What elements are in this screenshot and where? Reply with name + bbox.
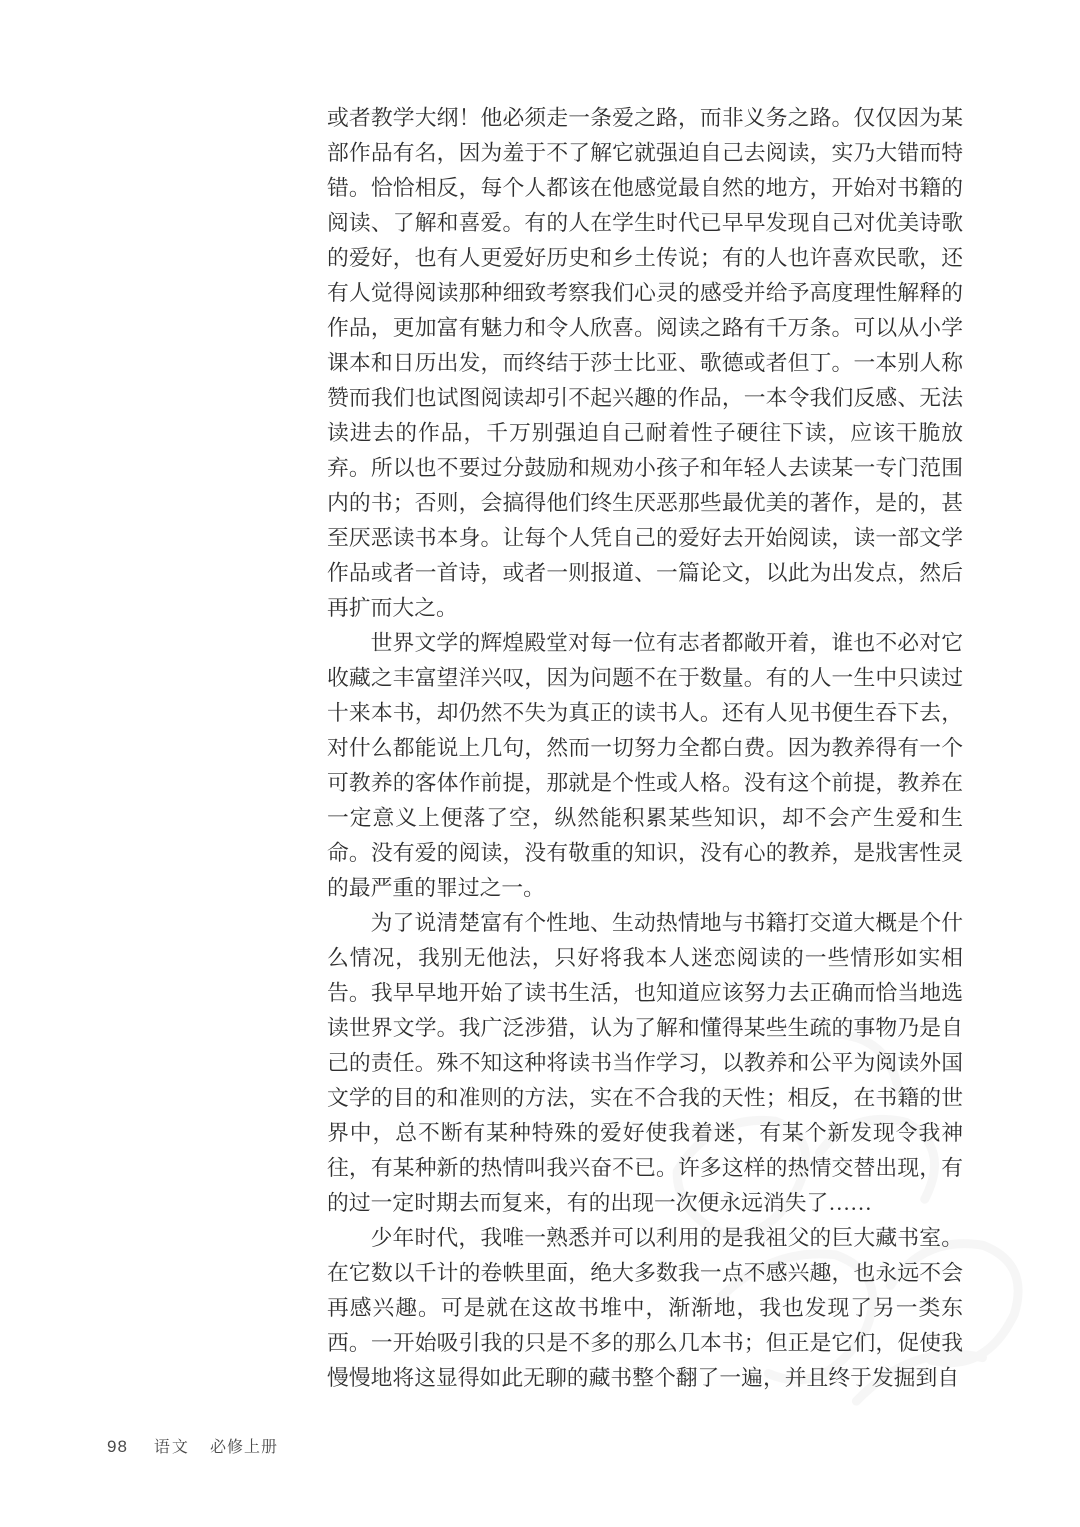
paragraph-grandfather-library: 少年时代，我唯一熟悉并可以利用的是我祖父的巨大藏书室。在它数以千计的卷帙里面，绝… bbox=[327, 1221, 963, 1396]
paragraph-personal-reading: 为了说清楚富有个性地、生动热情地与书籍打交道大概是个什么情况，我别无他法，只好将… bbox=[327, 906, 963, 1221]
textbook-page: 或者教学大纲！他必须走一条爱之路，而非义务之路。仅仅因为某部作品有名，因为羞于不… bbox=[0, 0, 1080, 1527]
body-text-column: 或者教学大纲！他必须走一条爱之路，而非义务之路。仅仅因为某部作品有名，因为羞于不… bbox=[327, 101, 963, 1396]
paragraph-world-literature: 世界文学的辉煌殿堂对每一位有志者都敞开着，谁也不必对它收藏之丰富望洋兴叹，因为问… bbox=[327, 626, 963, 906]
page-number: 98 bbox=[107, 1437, 128, 1457]
paragraph-continuation: 或者教学大纲！他必须走一条爱之路，而非义务之路。仅仅因为某部作品有名，因为羞于不… bbox=[327, 101, 963, 626]
footer-subject-label: 语文 bbox=[154, 1434, 190, 1457]
footer-volume-label: 必修上册 bbox=[210, 1434, 278, 1457]
page-footer: 98 语文 必修上册 bbox=[107, 1434, 278, 1457]
